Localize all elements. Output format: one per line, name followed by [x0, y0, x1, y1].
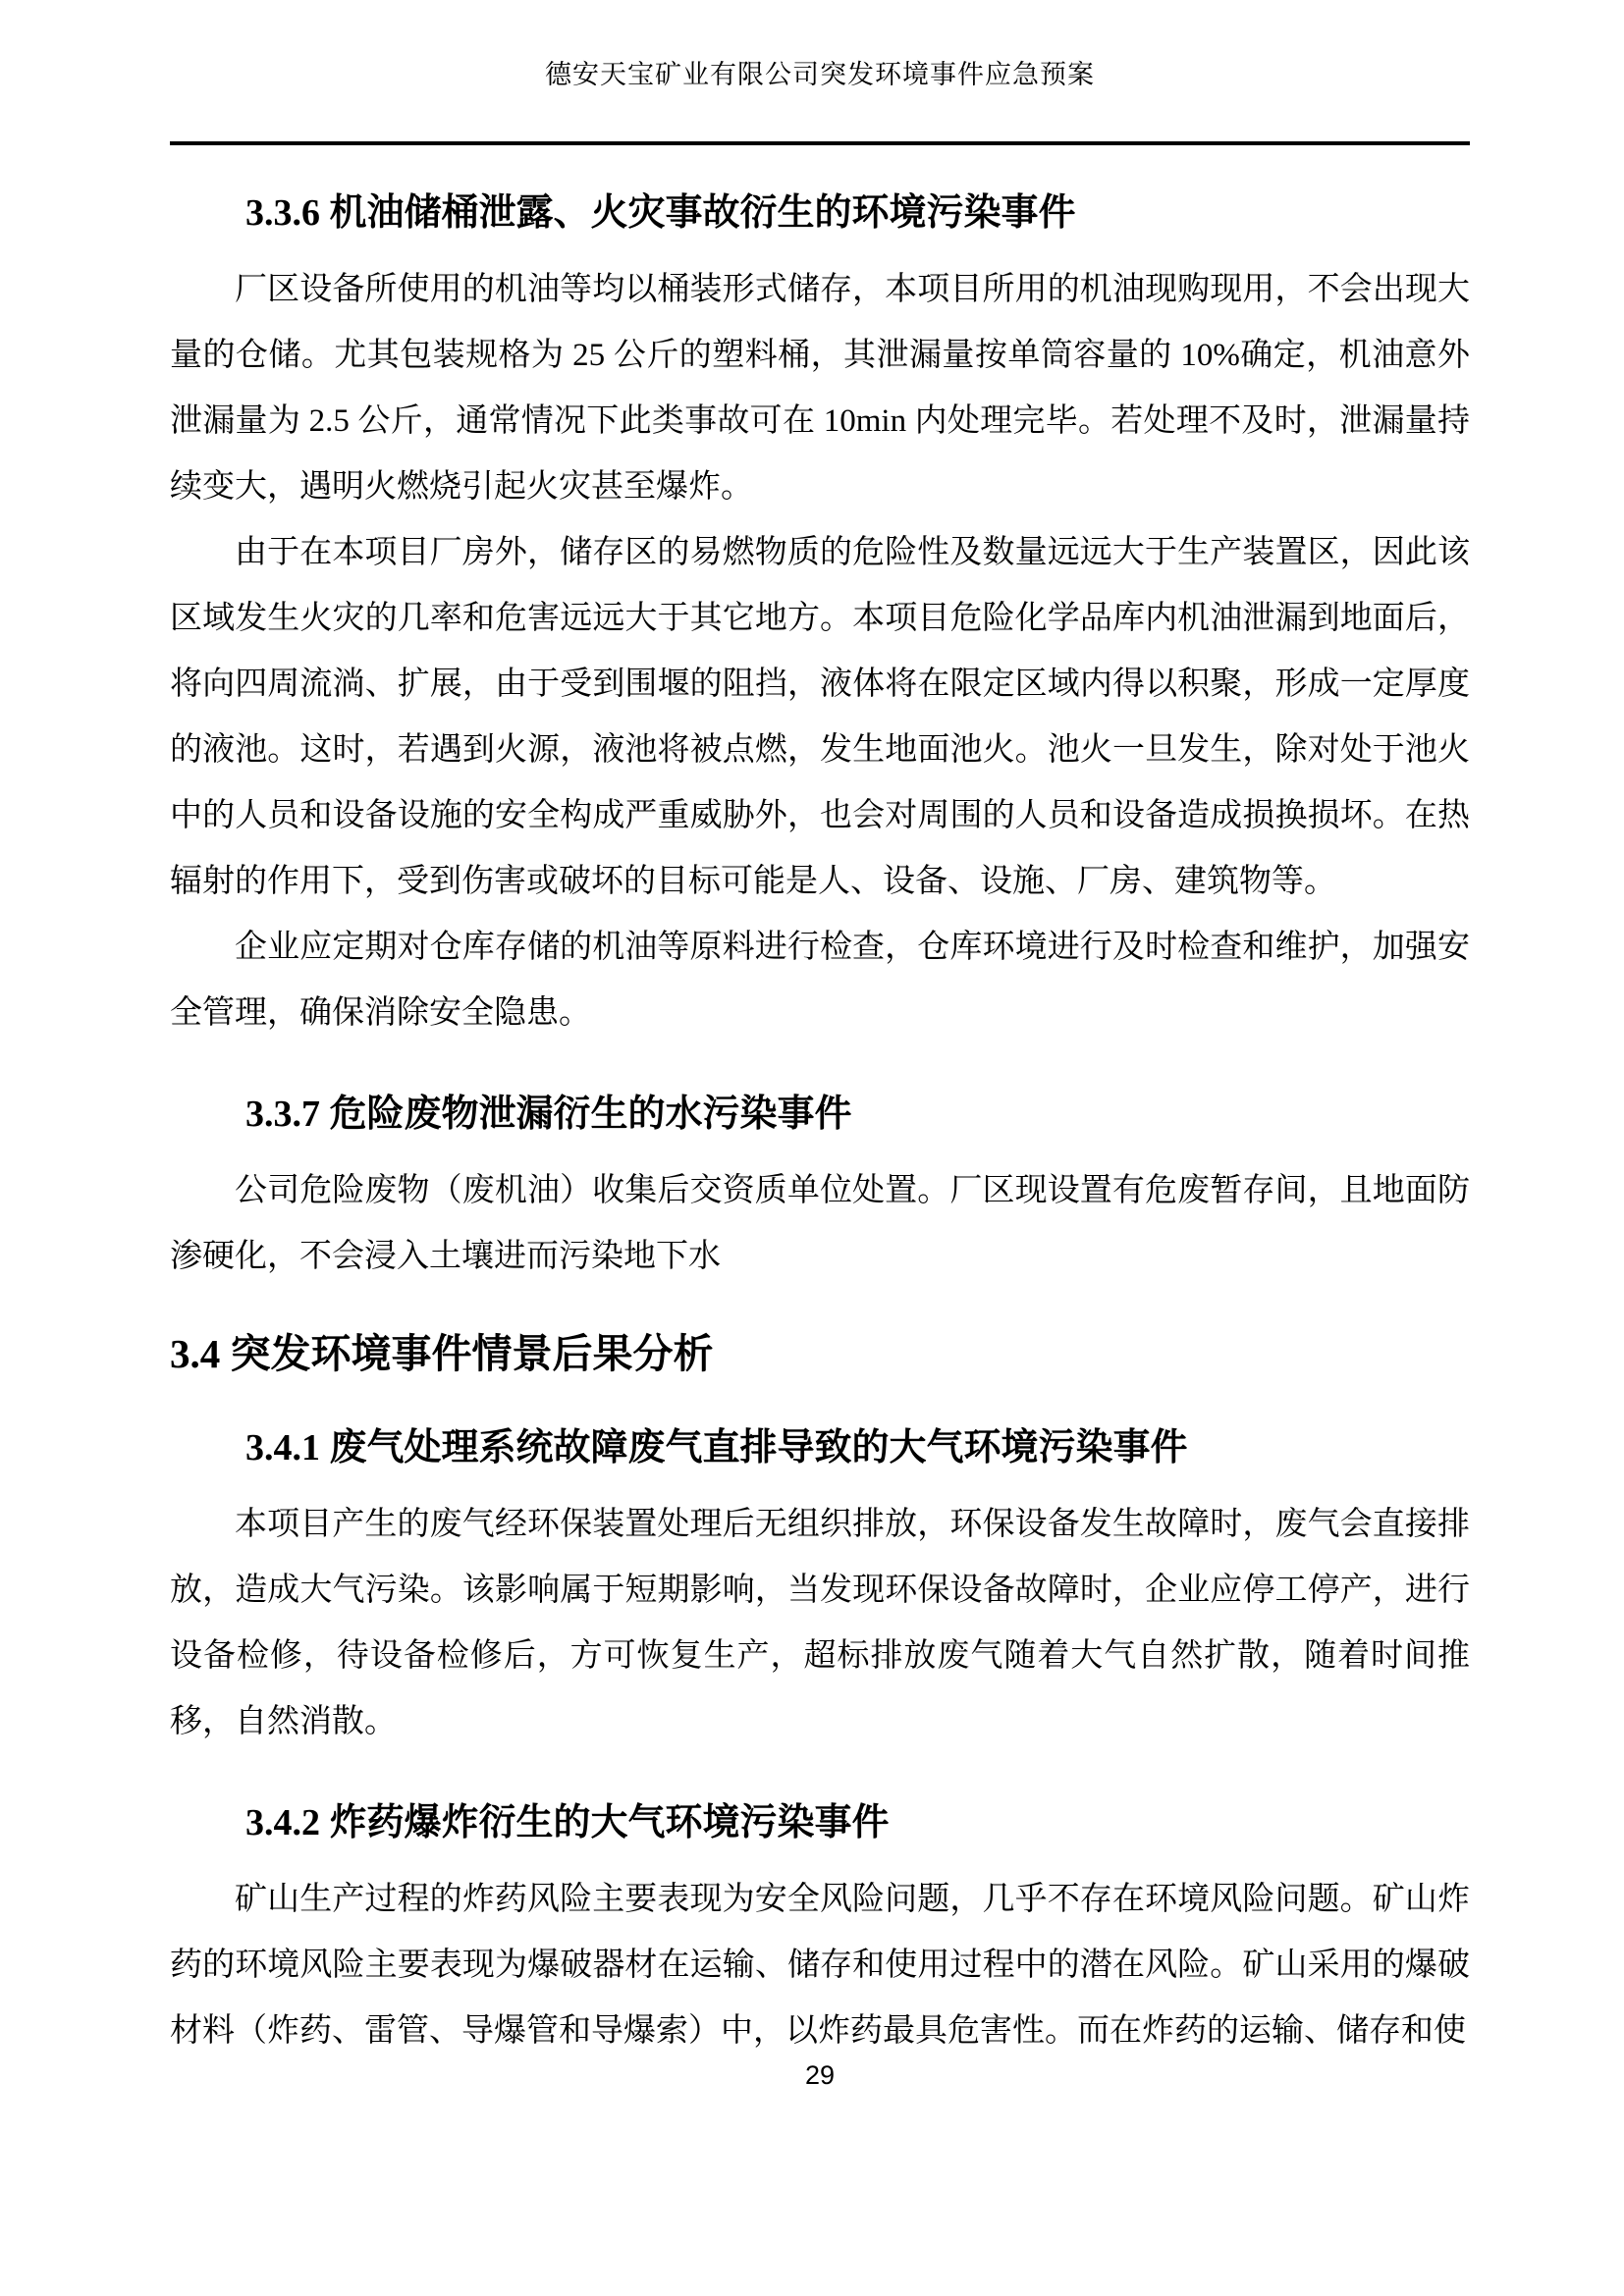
section-heading-3-3-7: 3.3.7 危险废物泄漏衍生的水污染事件 — [170, 1090, 1470, 1139]
document-body: 3.3.6 机油储桶泄露、火灾事故衍生的环境污染事件 厂区设备所使用的机油等均以… — [170, 188, 1470, 2064]
paragraph-explosive-risk: 矿山生产过程的炸药风险主要表现为安全风险问题，几乎不存在环境风险问题。矿山炸药的… — [170, 1867, 1470, 2064]
section-heading-3-4: 3.4 突发环境事件情景后果分析 — [170, 1327, 1470, 1380]
page-header: 德安天宝矿业有限公司突发环境事件应急预案 — [170, 0, 1470, 145]
page-footer: 29 — [170, 2059, 1470, 2091]
section-heading-3-4-1: 3.4.1 废气处理系统故障废气直排导致的大气环境污染事件 — [170, 1423, 1470, 1472]
paragraph-warehouse-inspection: 企业应定期对仓库存储的机油等原料进行检查，仓库环境进行及时检查和维护，加强安全管… — [170, 915, 1470, 1046]
paragraph-hazardous-waste: 公司危险废物（废机油）收集后交资质单位处置。厂区现设置有危废暂存间，且地面防渗硬… — [170, 1158, 1470, 1290]
paragraph-oil-barrel-storage: 厂区设备所使用的机油等均以桶装形式储存，本项目所用的机油现购现用，不会出现大量的… — [170, 257, 1470, 520]
paragraph-exhaust-system-failure: 本项目产生的废气经环保装置处理后无组织排放，环保设备发生故障时，废气会直接排放，… — [170, 1492, 1470, 1755]
page-header-title: 德安天宝矿业有限公司突发环境事件应急预案 — [545, 60, 1095, 89]
section-heading-3-4-2: 3.4.2 炸药爆炸衍生的大气环境污染事件 — [170, 1798, 1470, 1847]
paragraph-pool-fire-risk: 由于在本项目厂房外，储存区的易燃物质的危险性及数量远远大于生产装置区，因此该区域… — [170, 520, 1470, 915]
page-number: 29 — [805, 2060, 835, 2090]
section-heading-3-3-6: 3.3.6 机油储桶泄露、火灾事故衍生的环境污染事件 — [170, 188, 1470, 238]
document-page: 德安天宝矿业有限公司突发环境事件应急预案 3.3.6 机油储桶泄露、火灾事故衍生… — [0, 0, 1624, 2296]
